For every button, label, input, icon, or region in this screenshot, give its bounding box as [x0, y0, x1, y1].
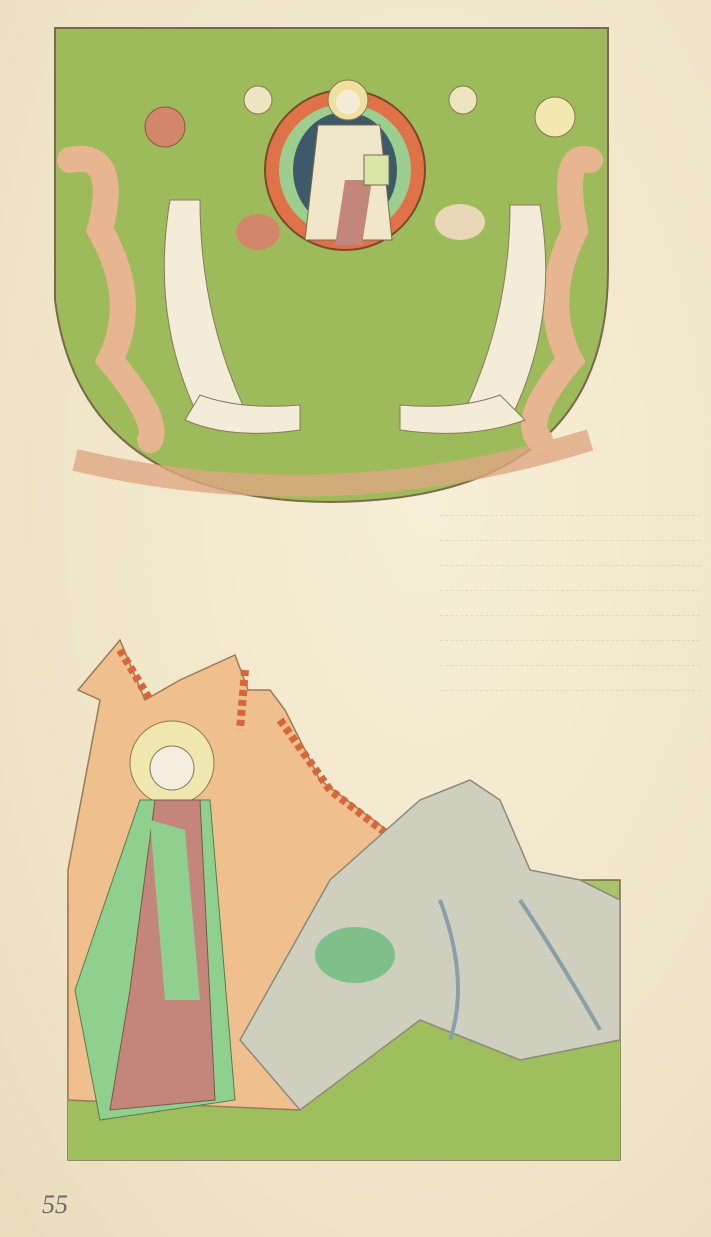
- illustrations: [0, 0, 711, 1237]
- manuscript-page: 55: [0, 0, 711, 1237]
- lower-illustration: [68, 640, 620, 1160]
- folio-number: 55: [42, 1190, 68, 1220]
- upper-illustration: [55, 28, 608, 502]
